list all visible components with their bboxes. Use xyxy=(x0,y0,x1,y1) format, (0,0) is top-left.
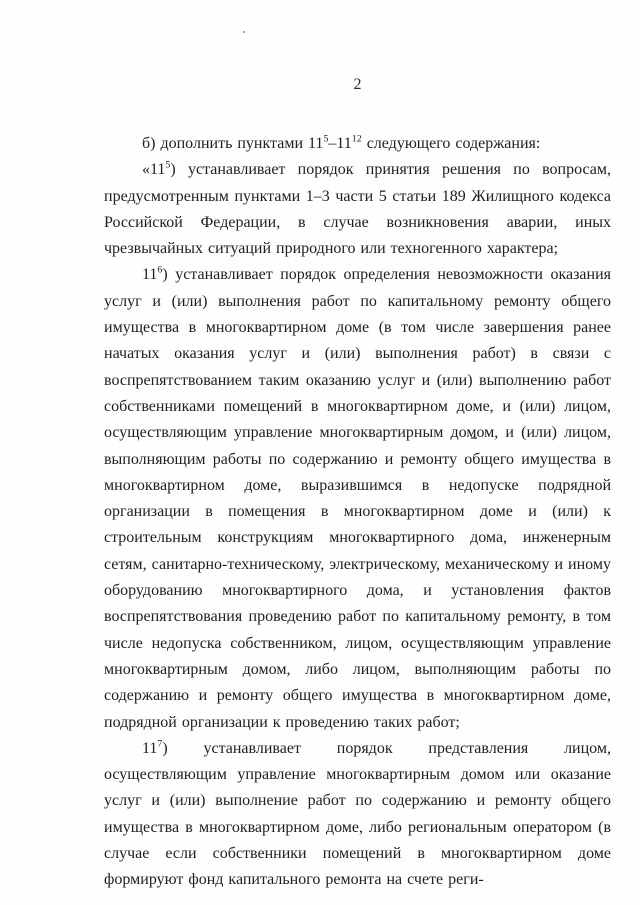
paragraph: 117) устанавливает порядок представления… xyxy=(104,736,611,894)
paragraph: «115) устанавливает порядок принятия реш… xyxy=(104,157,611,262)
superscript-index: 7 xyxy=(157,739,162,750)
paragraph: б) дополнить пунктами 115–1112 следующег… xyxy=(104,131,611,157)
document-page: 2 б) дополнить пунктами 115–1112 следующ… xyxy=(0,0,640,905)
superscript-index: 5 xyxy=(165,160,170,171)
superscript-index: 6 xyxy=(157,265,162,276)
paragraph: 116) устанавливает порядок определения н… xyxy=(104,262,611,735)
scan-artifact xyxy=(243,31,245,33)
superscript-index: 12 xyxy=(352,134,362,145)
page-number: 2 xyxy=(104,76,611,94)
scan-artifact xyxy=(471,437,477,439)
superscript-index: 5 xyxy=(323,134,328,145)
document-body: б) дополнить пунктами 115–1112 следующег… xyxy=(104,131,611,894)
